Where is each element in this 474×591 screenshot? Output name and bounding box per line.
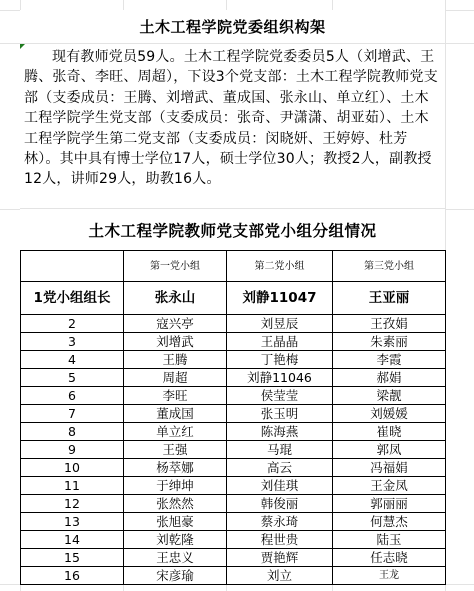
table-row: 5周超刘静11046郝娟 xyxy=(21,369,446,387)
member-cell[interactable]: 冯福娟 xyxy=(333,459,446,477)
member-cell[interactable]: 寇兴亭 xyxy=(124,315,227,333)
member-cell[interactable]: 刘佳琪 xyxy=(227,477,333,495)
row-number-cell[interactable]: 10 xyxy=(21,459,124,477)
table-row: 14刘乾隆程世贵陆玉 xyxy=(21,531,446,549)
member-cell[interactable]: 宋彦瑜 xyxy=(124,567,227,585)
row-number-cell[interactable]: 4 xyxy=(21,351,124,369)
row-number-cell[interactable]: 5 xyxy=(21,369,124,387)
member-cell[interactable]: 李旺 xyxy=(124,387,227,405)
member-cell[interactable]: 朱素丽 xyxy=(333,333,446,351)
member-cell[interactable]: 王孜娟 xyxy=(333,315,446,333)
member-cell[interactable]: 陆玉 xyxy=(333,531,446,549)
row-number-cell[interactable]: 12 xyxy=(21,495,124,513)
member-cell[interactable]: 崔晓 xyxy=(333,423,446,441)
table-row: 16宋彦瑜刘立王龙 xyxy=(21,567,446,585)
member-cell[interactable]: 李霞 xyxy=(333,351,446,369)
row-number-cell[interactable]: 15 xyxy=(21,549,124,567)
member-cell[interactable]: 王强 xyxy=(124,441,227,459)
comment-indicator-icon xyxy=(20,44,25,49)
table-row: 2寇兴亭刘昱辰王孜娟 xyxy=(21,315,446,333)
leader-cell[interactable]: 刘静11047 xyxy=(227,282,333,315)
member-cell[interactable]: 杨萃娜 xyxy=(124,459,227,477)
member-cell[interactable]: 王腾 xyxy=(124,351,227,369)
party-group-table: 第一党小组 第二党小组 第三党小组 1党小组组长 张永山 刘静11047 王亚丽… xyxy=(20,250,446,585)
member-cell[interactable]: 王龙 xyxy=(333,567,446,585)
member-cell[interactable]: 陈海燕 xyxy=(227,423,333,441)
cell-main-title[interactable]: 土木工程学院党委组织构架 xyxy=(20,10,445,44)
member-cell[interactable]: 侯莹莹 xyxy=(227,387,333,405)
table-row: 13张旭豪蔡永琦何慧杰 xyxy=(21,513,446,531)
member-cell[interactable]: 程世贵 xyxy=(227,531,333,549)
leader-cell[interactable]: 张永山 xyxy=(124,282,227,315)
member-cell[interactable]: 张玉明 xyxy=(227,405,333,423)
table-row: 6李旺侯莹莹梁靓 xyxy=(21,387,446,405)
member-cell[interactable]: 贾艳辉 xyxy=(227,549,333,567)
header-cell[interactable]: 第一党小组 xyxy=(124,251,227,282)
header-cell[interactable]: 第三党小组 xyxy=(333,251,446,282)
cell-description[interactable]: 现有教师党员59人。土木工程学院党委委员5人（刘增武、王腾、张奇、李旺、周超），… xyxy=(20,44,445,209)
member-cell[interactable]: 郝娟 xyxy=(333,369,446,387)
table-row: 11于绅坤刘佳琪王金凤 xyxy=(21,477,446,495)
member-cell[interactable]: 郭丽丽 xyxy=(333,495,446,513)
row-number-cell[interactable]: 14 xyxy=(21,531,124,549)
member-cell[interactable]: 郭凤 xyxy=(333,441,446,459)
row-number-cell[interactable]: 3 xyxy=(21,333,124,351)
leader-label-cell[interactable]: 1党小组组长 xyxy=(21,282,124,315)
header-cell[interactable] xyxy=(21,251,124,282)
member-cell[interactable]: 何慧杰 xyxy=(333,513,446,531)
leader-row: 1党小组组长 张永山 刘静11047 王亚丽 xyxy=(21,282,446,315)
member-cell[interactable]: 任志晓 xyxy=(333,549,446,567)
member-cell[interactable]: 梁靓 xyxy=(333,387,446,405)
member-cell[interactable]: 王晶晶 xyxy=(227,333,333,351)
spreadsheet: 土木工程学院党委组织构架 现有教师党员59人。土木工程学院党委委员5人（刘增武、… xyxy=(20,10,445,585)
row-number-cell[interactable]: 6 xyxy=(21,387,124,405)
member-cell[interactable]: 张然然 xyxy=(124,495,227,513)
row-number-cell[interactable]: 13 xyxy=(21,513,124,531)
row-number-cell[interactable]: 8 xyxy=(21,423,124,441)
table-row: 7董成国张玉明刘媛媛 xyxy=(21,405,446,423)
table-row: 12张然然韩俊丽郭丽丽 xyxy=(21,495,446,513)
member-cell[interactable]: 马琨 xyxy=(227,441,333,459)
member-cell[interactable]: 丁艳梅 xyxy=(227,351,333,369)
member-cell[interactable]: 蔡永琦 xyxy=(227,513,333,531)
row-number-cell[interactable]: 9 xyxy=(21,441,124,459)
row-number-cell[interactable]: 11 xyxy=(21,477,124,495)
member-cell[interactable]: 王忠义 xyxy=(124,549,227,567)
member-cell[interactable]: 王金凤 xyxy=(333,477,446,495)
member-cell[interactable]: 单立红 xyxy=(124,423,227,441)
table-row: 15王忠义贾艳辉任志晓 xyxy=(21,549,446,567)
member-cell[interactable]: 刘昱辰 xyxy=(227,315,333,333)
header-cell[interactable]: 第二党小组 xyxy=(227,251,333,282)
table-row: 8单立红陈海燕崔晓 xyxy=(21,423,446,441)
member-cell[interactable]: 刘静11046 xyxy=(227,369,333,387)
table-row: 4王腾丁艳梅李霞 xyxy=(21,351,446,369)
row-number-cell[interactable]: 16 xyxy=(21,567,124,585)
member-cell[interactable]: 于绅坤 xyxy=(124,477,227,495)
row-number-cell[interactable]: 2 xyxy=(21,315,124,333)
member-cell[interactable]: 高云 xyxy=(227,459,333,477)
table-header-row: 第一党小组 第二党小组 第三党小组 xyxy=(21,251,446,282)
main-title: 土木工程学院党委组织构架 xyxy=(139,16,325,37)
description-text: 现有教师党员59人。土木工程学院党委委员5人（刘增武、王腾、张奇、李旺、周超），… xyxy=(24,49,438,187)
table-title: 土木工程学院教师党支部党小组分组情况 xyxy=(88,219,376,241)
member-cell[interactable]: 刘增武 xyxy=(124,333,227,351)
member-cell[interactable]: 董成国 xyxy=(124,405,227,423)
table-row: 9王强马琨郭凤 xyxy=(21,441,446,459)
member-cell[interactable]: 韩俊丽 xyxy=(227,495,333,513)
table-row: 3刘增武王晶晶朱素丽 xyxy=(21,333,446,351)
member-cell[interactable]: 刘媛媛 xyxy=(333,405,446,423)
member-cell[interactable]: 张旭豪 xyxy=(124,513,227,531)
member-cell[interactable]: 刘乾隆 xyxy=(124,531,227,549)
table-row: 10杨萃娜高云冯福娟 xyxy=(21,459,446,477)
member-cell[interactable]: 刘立 xyxy=(227,567,333,585)
row-number-cell[interactable]: 7 xyxy=(21,405,124,423)
cell-table-title[interactable]: 土木工程学院教师党支部党小组分组情况 xyxy=(20,209,445,250)
leader-cell[interactable]: 王亚丽 xyxy=(333,282,446,315)
member-cell[interactable]: 周超 xyxy=(124,369,227,387)
